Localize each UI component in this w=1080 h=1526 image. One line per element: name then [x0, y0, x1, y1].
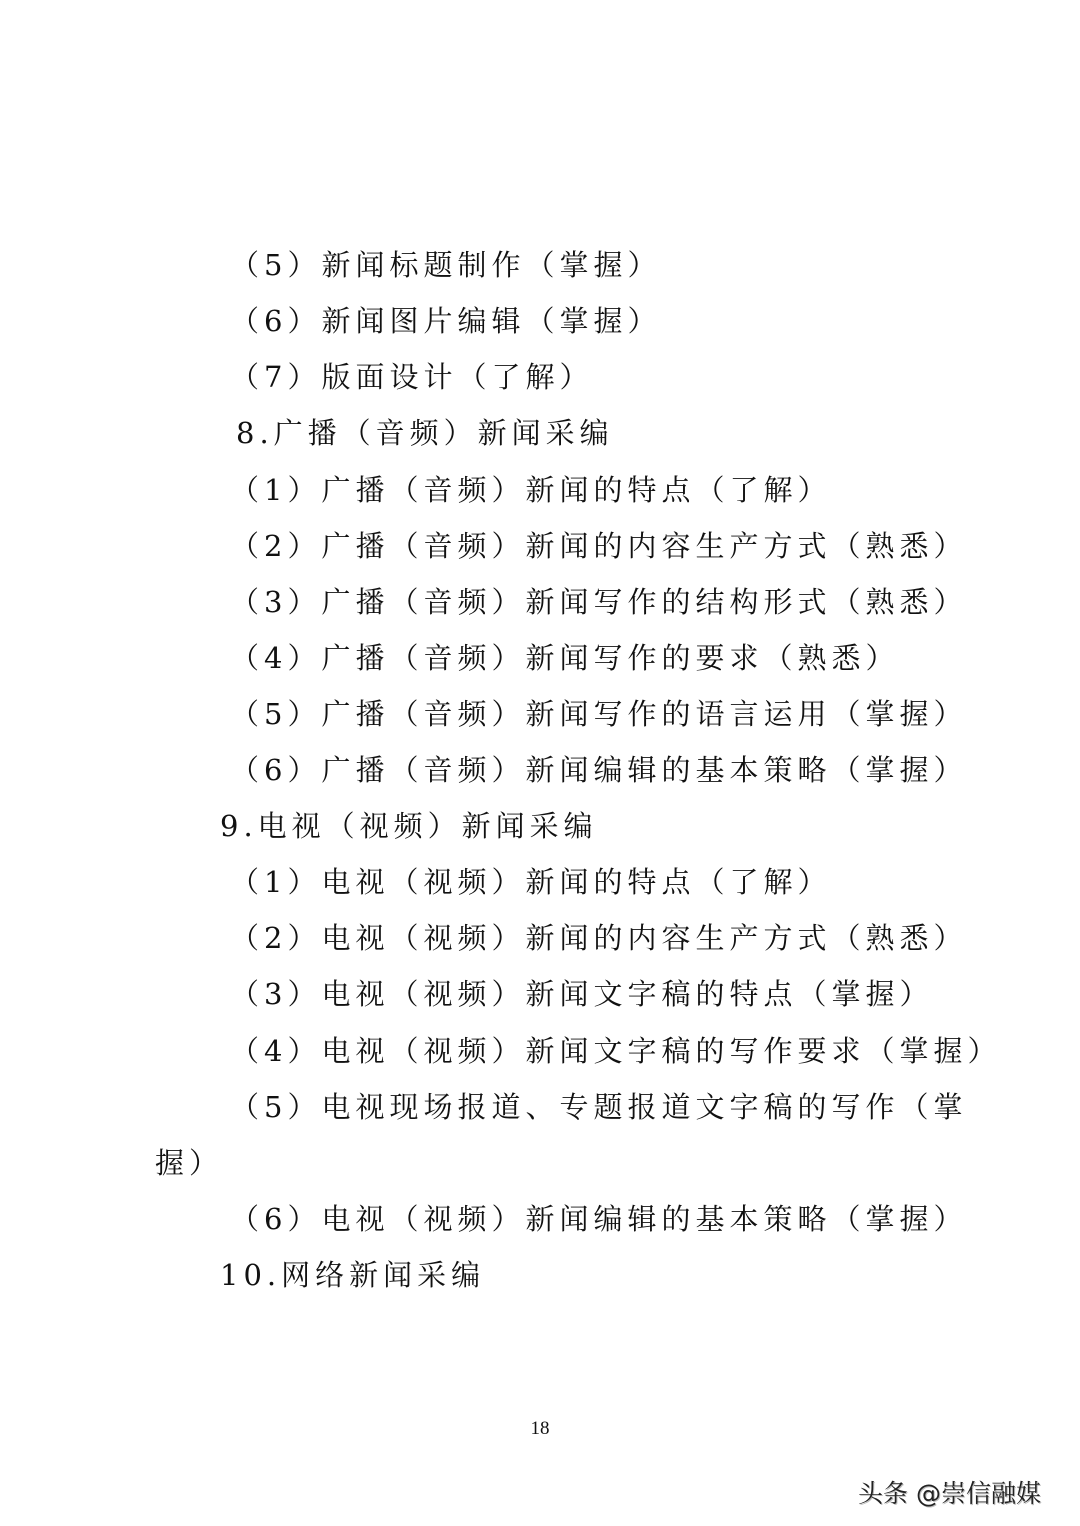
outline-line: （3）电视（视频）新闻文字稿的特点（掌握） — [230, 977, 933, 1011]
outline-line: （5）广播（音频）新闻写作的语言运用（掌握） — [230, 697, 967, 731]
outline-line: （2）电视（视频）新闻的内容生产方式（熟悉） — [230, 921, 967, 955]
outline-line: （1）广播（音频）新闻的特点（了解） — [230, 473, 831, 507]
outline-line: 9.电视（视频）新闻采编 — [220, 809, 598, 843]
outline-line: （5）电视现场报道、专题报道文字稿的写作（掌 — [230, 1090, 967, 1124]
outline-line: （6）新闻图片编辑（掌握） — [230, 304, 661, 338]
outline-line: 10.网络新闻采编 — [220, 1258, 485, 1292]
outline-line: （6）广播（音频）新闻编辑的基本策略（掌握） — [230, 753, 967, 787]
outline-line: （6）电视（视频）新闻编辑的基本策略（掌握） — [230, 1202, 967, 1236]
outline-line: （5）新闻标题制作（掌握） — [230, 248, 661, 282]
outline-line: （1）电视（视频）新闻的特点（了解） — [230, 865, 831, 899]
outline-line: （2）广播（音频）新闻的内容生产方式（熟悉） — [230, 529, 967, 563]
outline-line: （4）广播（音频）新闻写作的要求（熟悉） — [230, 641, 899, 675]
outline-line: （3）广播（音频）新闻写作的结构形式（熟悉） — [230, 585, 967, 619]
watermark: 头条 @崇信融媒 — [858, 1474, 1041, 1510]
outline-line: 8.广播（音频）新闻采编 — [236, 416, 614, 450]
outline-line: 握） — [155, 1146, 223, 1180]
page-number: 18 — [0, 1418, 1080, 1440]
outline-line: （4）电视（视频）新闻文字稿的写作要求（掌握） — [230, 1034, 1001, 1068]
outline-line: （7）版面设计（了解） — [230, 360, 593, 394]
